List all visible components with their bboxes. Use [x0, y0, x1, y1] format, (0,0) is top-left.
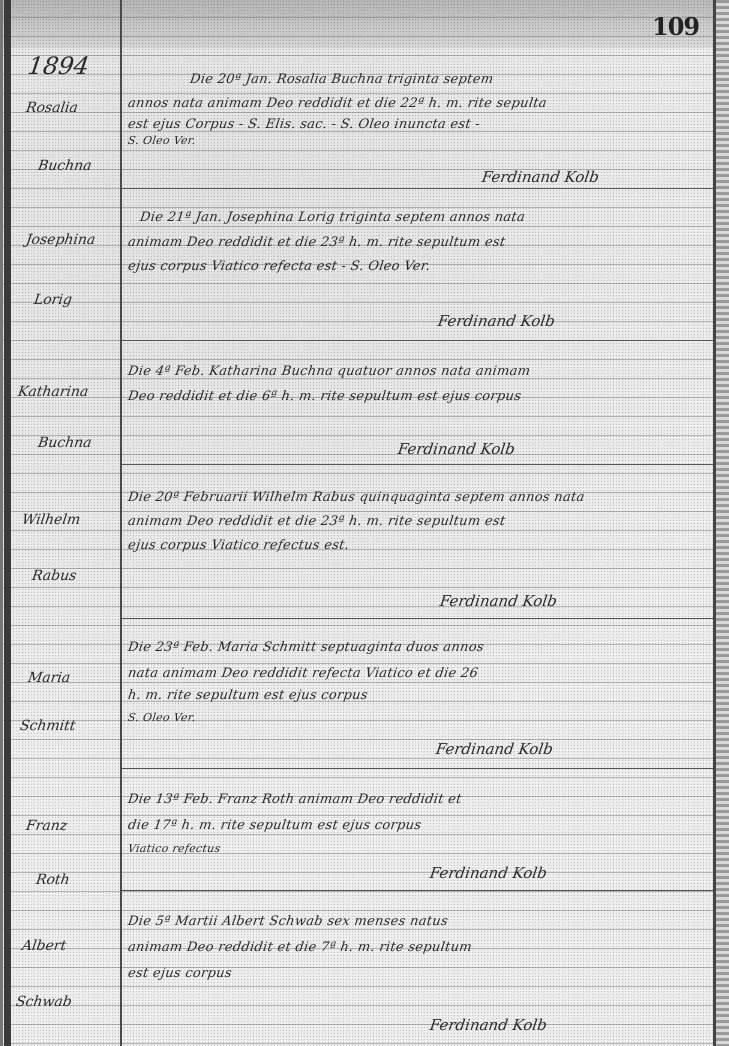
priest-signature: Ferdinand Kolb [435, 740, 554, 758]
margin-given-name: Katharina [17, 384, 90, 400]
entry-line: Die 4ª Feb. Katharina Buchna quatuor ann… [127, 364, 531, 379]
margin-surname: Buchna [37, 435, 93, 451]
margin-surname: Rabus [31, 568, 78, 584]
entry-line: ejus corpus Viatico refecta est - S. Ole… [127, 259, 431, 274]
entry-separator [122, 890, 713, 891]
entry-line: nata animam Deo reddidit refecta Viatico… [127, 666, 479, 681]
entry-line: Viatico refectus [127, 842, 221, 855]
priest-signature: Ferdinand Kolb [439, 592, 558, 610]
page-header-band [0, 0, 729, 48]
entry-line: S. Oleo Ver. [127, 711, 197, 724]
margin-given-name: Albert [21, 938, 67, 954]
entry-line: h. m. rite sepultum est ejus corpus [127, 688, 369, 703]
entry-line: Die 21ª Jan. Josephina Lorig triginta se… [139, 210, 526, 225]
margin-given-name: Maria [27, 670, 71, 686]
entry-line: animam Deo reddidit et die 23ª h. m. rit… [127, 514, 506, 529]
margin-surname: Schwab [15, 994, 73, 1010]
entry-line: est ejus Corpus - S. Elis. sac. - S. Ole… [127, 117, 481, 132]
margin-given-name: Wilhelm [21, 512, 81, 528]
register-page: 109 1894 Rosalia Buchna Die 20ª Jan. Ros… [0, 0, 729, 1046]
left-page-edge [0, 0, 3, 1046]
margin-given-name: Rosalia [25, 100, 79, 116]
entry-line: est ejus corpus [127, 966, 233, 981]
priest-signature: Ferdinand Kolb [429, 1016, 548, 1034]
priest-signature: Ferdinand Kolb [397, 440, 516, 458]
entry-line: Die 5ª Martii Albert Schwab sex menses n… [127, 914, 449, 929]
entry-line: Die 20ª Jan. Rosalia Buchna triginta sep… [189, 72, 494, 87]
entry-line: Deo reddidit et die 6ª h. m. rite sepult… [127, 389, 522, 404]
entry-line: animam Deo reddidit et die 7ª h. m. rite… [127, 940, 473, 955]
entry-line: die 17ª h. m. rite sepultum est ejus cor… [127, 818, 422, 833]
entry-separator [122, 618, 713, 619]
left-binding-border [4, 0, 11, 1046]
entry-line: Die 23ª Feb. Maria Schmitt septuaginta d… [127, 640, 485, 655]
entry-separator [122, 340, 713, 341]
entry-line: ejus corpus Viatico refectus est. [127, 538, 350, 553]
entry-separator [122, 464, 713, 465]
priest-signature: Ferdinand Kolb [481, 168, 600, 186]
entry-separator [122, 188, 713, 189]
entry-line: Die 13ª Feb. Franz Roth animam Deo reddi… [127, 792, 463, 807]
margin-given-name: Franz [25, 818, 68, 834]
right-edge-strip [716, 0, 729, 1046]
priest-signature: Ferdinand Kolb [429, 864, 548, 882]
priest-signature: Ferdinand Kolb [437, 312, 556, 330]
margin-surname: Roth [35, 872, 71, 888]
entry-line: annos nata animam Deo reddidit et die 22… [127, 96, 548, 111]
margin-surname: Lorig [33, 292, 73, 308]
entry-line: animam Deo reddidit et die 23ª h. m. rit… [127, 235, 506, 250]
entry-line: Die 20ª Februarii Wilhelm Rabus quinquag… [127, 490, 586, 505]
entry-line: S. Oleo Ver. [127, 134, 197, 147]
page-number: 109 [652, 12, 699, 41]
entry-separator [122, 768, 713, 769]
margin-given-name: Josephina [25, 232, 97, 248]
register-year: 1894 [26, 52, 91, 80]
margin-surname: Schmitt [19, 718, 77, 734]
margin-surname: Buchna [37, 158, 93, 174]
